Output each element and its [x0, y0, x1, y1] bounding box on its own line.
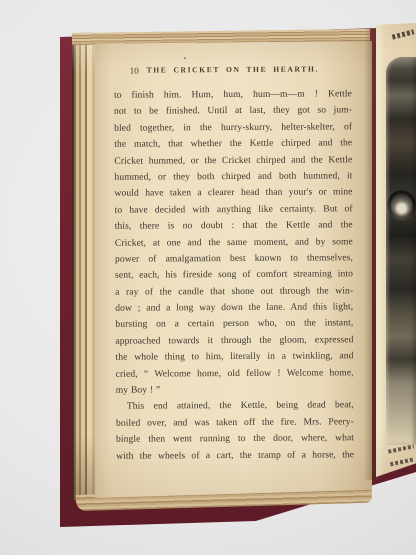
- text-line: Cricket hummed, or the Cricket chirped a…: [114, 152, 352, 170]
- text-line: bursting on a certain person who, on the…: [115, 316, 353, 334]
- engraving-illustration-fragment: [386, 57, 416, 445]
- page-edges-left: [72, 36, 96, 500]
- text-line: my Boy ! ”: [116, 381, 354, 399]
- text-line: boiled over, and was taken off the fire.…: [116, 414, 354, 432]
- text-line: bled together, in the hurry-skurry, helt…: [114, 119, 352, 137]
- text-line: Cricket, at one and the same moment, and…: [115, 234, 353, 252]
- facing-header-fragment: [392, 29, 415, 39]
- text-line: with the wheels of a cart, the tramp of …: [116, 447, 354, 465]
- left-page-content: 10 THE CRICKET ON THE HEARTH. to finish …: [94, 40, 374, 499]
- text-line: the match, that whether the Kettle chirp…: [114, 135, 352, 153]
- photo-background: 10 THE CRICKET ON THE HEARTH. to finish …: [0, 0, 416, 555]
- text-line: approached towards it through the gloom,…: [115, 332, 353, 350]
- text-line: would have taken a clearer head than you…: [114, 185, 352, 203]
- text-line: this, there is no doubt : that the Kettl…: [115, 217, 353, 235]
- right-page: [376, 23, 416, 477]
- text-line: to finish him. Hum, hum, hum—m—m ! Kettl…: [114, 86, 352, 104]
- text-line: the whole thing to him, literally in a t…: [115, 349, 353, 367]
- caption-fragment: [388, 444, 414, 453]
- left-page: 10 THE CRICKET ON THE HEARTH. to finish …: [95, 41, 372, 498]
- text-line: dow ; and a long way down the lane. And …: [115, 299, 353, 317]
- gutter-shadow: [364, 28, 378, 480]
- text-line: cried, “ Welcome home, old fellow ! Welc…: [116, 365, 354, 383]
- text-line: a ray of the candle that shone out throu…: [115, 283, 353, 301]
- text-line: bingle then went running to the door, wh…: [116, 430, 354, 448]
- page-header: 10 THE CRICKET ON THE HEARTH.: [114, 64, 352, 77]
- page-speck: [184, 57, 186, 59]
- text-line: sent, each, his fireside song of comfort…: [115, 267, 353, 285]
- caption-fragment: [390, 458, 413, 466]
- text-block: to finish him. Hum, hum, hum—m—m ! Kettl…: [114, 86, 354, 464]
- text-line: to have decided with anything like certa…: [115, 201, 353, 219]
- text-line: hummed, or they both chirped and both hu…: [114, 168, 352, 186]
- page-number: 10: [130, 66, 139, 76]
- text-line: not to be finished. Until at last, they …: [114, 103, 352, 121]
- running-header: THE CRICKET ON THE HEARTH.: [114, 64, 352, 74]
- text-line: This end attained, the Kettle, being dea…: [116, 398, 354, 416]
- text-line: power of amalgamation best known to them…: [115, 250, 353, 268]
